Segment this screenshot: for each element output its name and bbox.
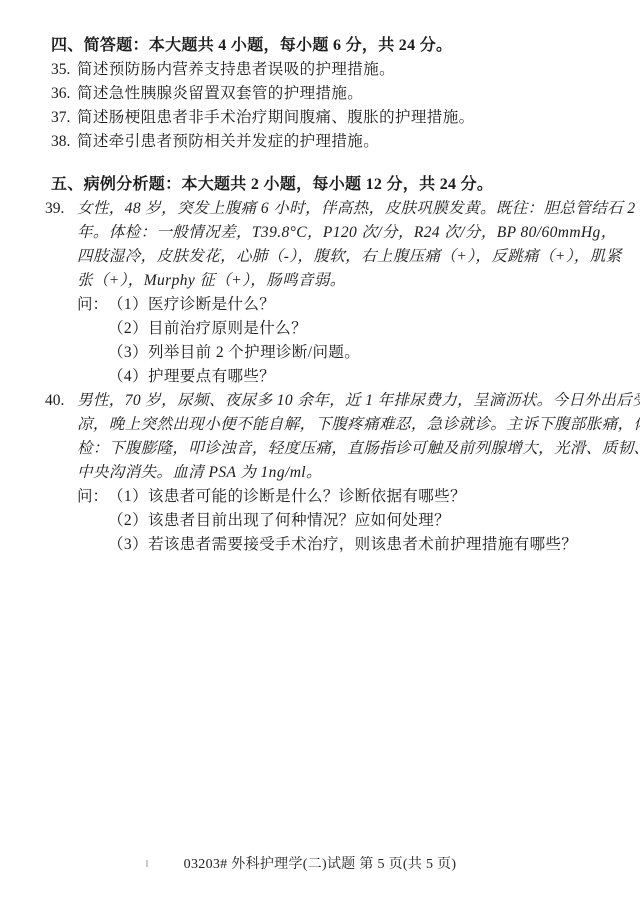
sub-questions: （1）医疗诊断是什么？ （2）目前治疗原则是什么？ （3）列举目前 2 个护理诊… [108,293,360,389]
case-ask-block: 问： （1）该患者可能的诊断是什么？诊断依据有哪些？ （2）该患者目前出现了何种… [77,485,602,557]
question-number: 37. [51,106,77,130]
exam-paper-page: 四、简答题：本大题共 4 小题，每小题 6 分，共 24 分。 35. 简述预防… [0,0,640,921]
case-body-line: 男性，70 岁，尿频、夜尿多 10 余年，近 1 年排尿费力，呈滴沥状。今日外出… [77,389,602,413]
question-text: 简述牵引患者预防相关并发症的护理措施。 [77,130,379,154]
sub-question: （1）医疗诊断是什么？ [108,293,360,317]
sub-question: （2）目前治疗原则是什么？ [108,317,360,341]
question-text: 简述肠梗阻患者非手术治疗期间腹痛、腹胀的护理措施。 [77,106,475,130]
case-body-line: 四肢湿冷，皮肤发花，心肺（-），腹软，右上腹压痛（+），反跳痛（+），肌紧 [77,245,602,269]
case-body-line: 年。体检：一般情况差，T39.8°C，P120 次/分，R24 次/分，BP 8… [77,221,602,245]
case-body-line: 中央沟消失。血清 PSA 为 1ng/ml。 [77,461,602,485]
section-case-analysis: 五、病例分析题：本大题共 2 小题，每小题 12 分，共 24 分。 39. 女… [45,173,602,557]
case-content: 女性，48 岁，突发上腹痛 6 小时，伴高热，皮肤巩膜发黄。既往：胆总管结石 2… [77,197,602,389]
case-ask-block: 问： （1）医疗诊断是什么？ （2）目前治疗原则是什么？ （3）列举目前 2 个… [77,293,602,389]
question-item-36: 36. 简述急性胰腺炎留置双套管的护理措施。 [51,82,602,106]
case-body-line: 女性，48 岁，突发上腹痛 6 小时，伴高热，皮肤巩膜发黄。既往：胆总管结石 2 [77,197,602,221]
section-short-answer-heading: 四、简答题：本大题共 4 小题，每小题 6 分，共 24 分。 [51,34,602,58]
question-text: 简述预防肠内营养支持患者误吸的护理措施。 [77,58,395,82]
question-number: 36. [51,82,77,106]
case-body-line: 凉，晚上突然出现小便不能自解，下腹疼痛难忍，急诊就诊。主诉下腹部胀痛，体 [77,413,602,437]
section-short-answer: 四、简答题：本大题共 4 小题，每小题 6 分，共 24 分。 35. 简述预防… [45,34,602,154]
question-item-35: 35. 简述预防肠内营养支持患者误吸的护理措施。 [51,58,602,82]
question-item-37: 37. 简述肠梗阻患者非手术治疗期间腹痛、腹胀的护理措施。 [51,106,602,130]
ask-label: 问： [77,293,108,389]
question-text: 简述急性胰腺炎留置双套管的护理措施。 [77,82,363,106]
case-body-line: 张（+），Murphy 征（+），肠鸣音弱。 [77,269,602,293]
case-item-39: 39. 女性，48 岁，突发上腹痛 6 小时，伴高热，皮肤巩膜发黄。既往：胆总管… [45,197,602,389]
case-body-line: 检：下腹膨隆，叩诊浊音，轻度压痛，直肠指诊可触及前列腺增大，光滑、质韧、 [77,437,602,461]
sub-question: （2）该患者目前出现了何种情况？应如何处理？ [108,509,577,533]
sub-questions: （1）该患者可能的诊断是什么？诊断依据有哪些？ （2）该患者目前出现了何种情况？… [108,485,577,557]
sub-question: （3）列举目前 2 个护理诊断/问题。 [108,341,360,365]
sub-question: （3）若该患者需要接受手术治疗，则该患者术前护理措施有哪些？ [108,533,577,557]
question-number: 38. [51,130,77,154]
sub-question: （1）该患者可能的诊断是什么？诊断依据有哪些？ [108,485,577,509]
page-footer: 03203# 外科护理学(二)试题 第 5 页(共 5 页) [0,855,640,875]
ask-label: 问： [77,485,108,557]
case-content: 男性，70 岁，尿频、夜尿多 10 余年，近 1 年排尿费力，呈滴沥状。今日外出… [77,389,602,557]
question-item-38: 38. 简述牵引患者预防相关并发症的护理措施。 [51,130,602,154]
question-number: 40. [45,389,77,557]
page-content: 四、简答题：本大题共 4 小题，每小题 6 分，共 24 分。 35. 简述预防… [0,0,640,557]
section-case-analysis-heading: 五、病例分析题：本大题共 2 小题，每小题 12 分，共 24 分。 [51,173,602,197]
case-item-40: 40. 男性，70 岁，尿频、夜尿多 10 余年，近 1 年排尿费力，呈滴沥状。… [45,389,602,557]
sub-question: （4）护理要点有哪些？ [108,365,360,389]
question-number: 35. [51,58,77,82]
question-number: 39. [45,197,77,389]
